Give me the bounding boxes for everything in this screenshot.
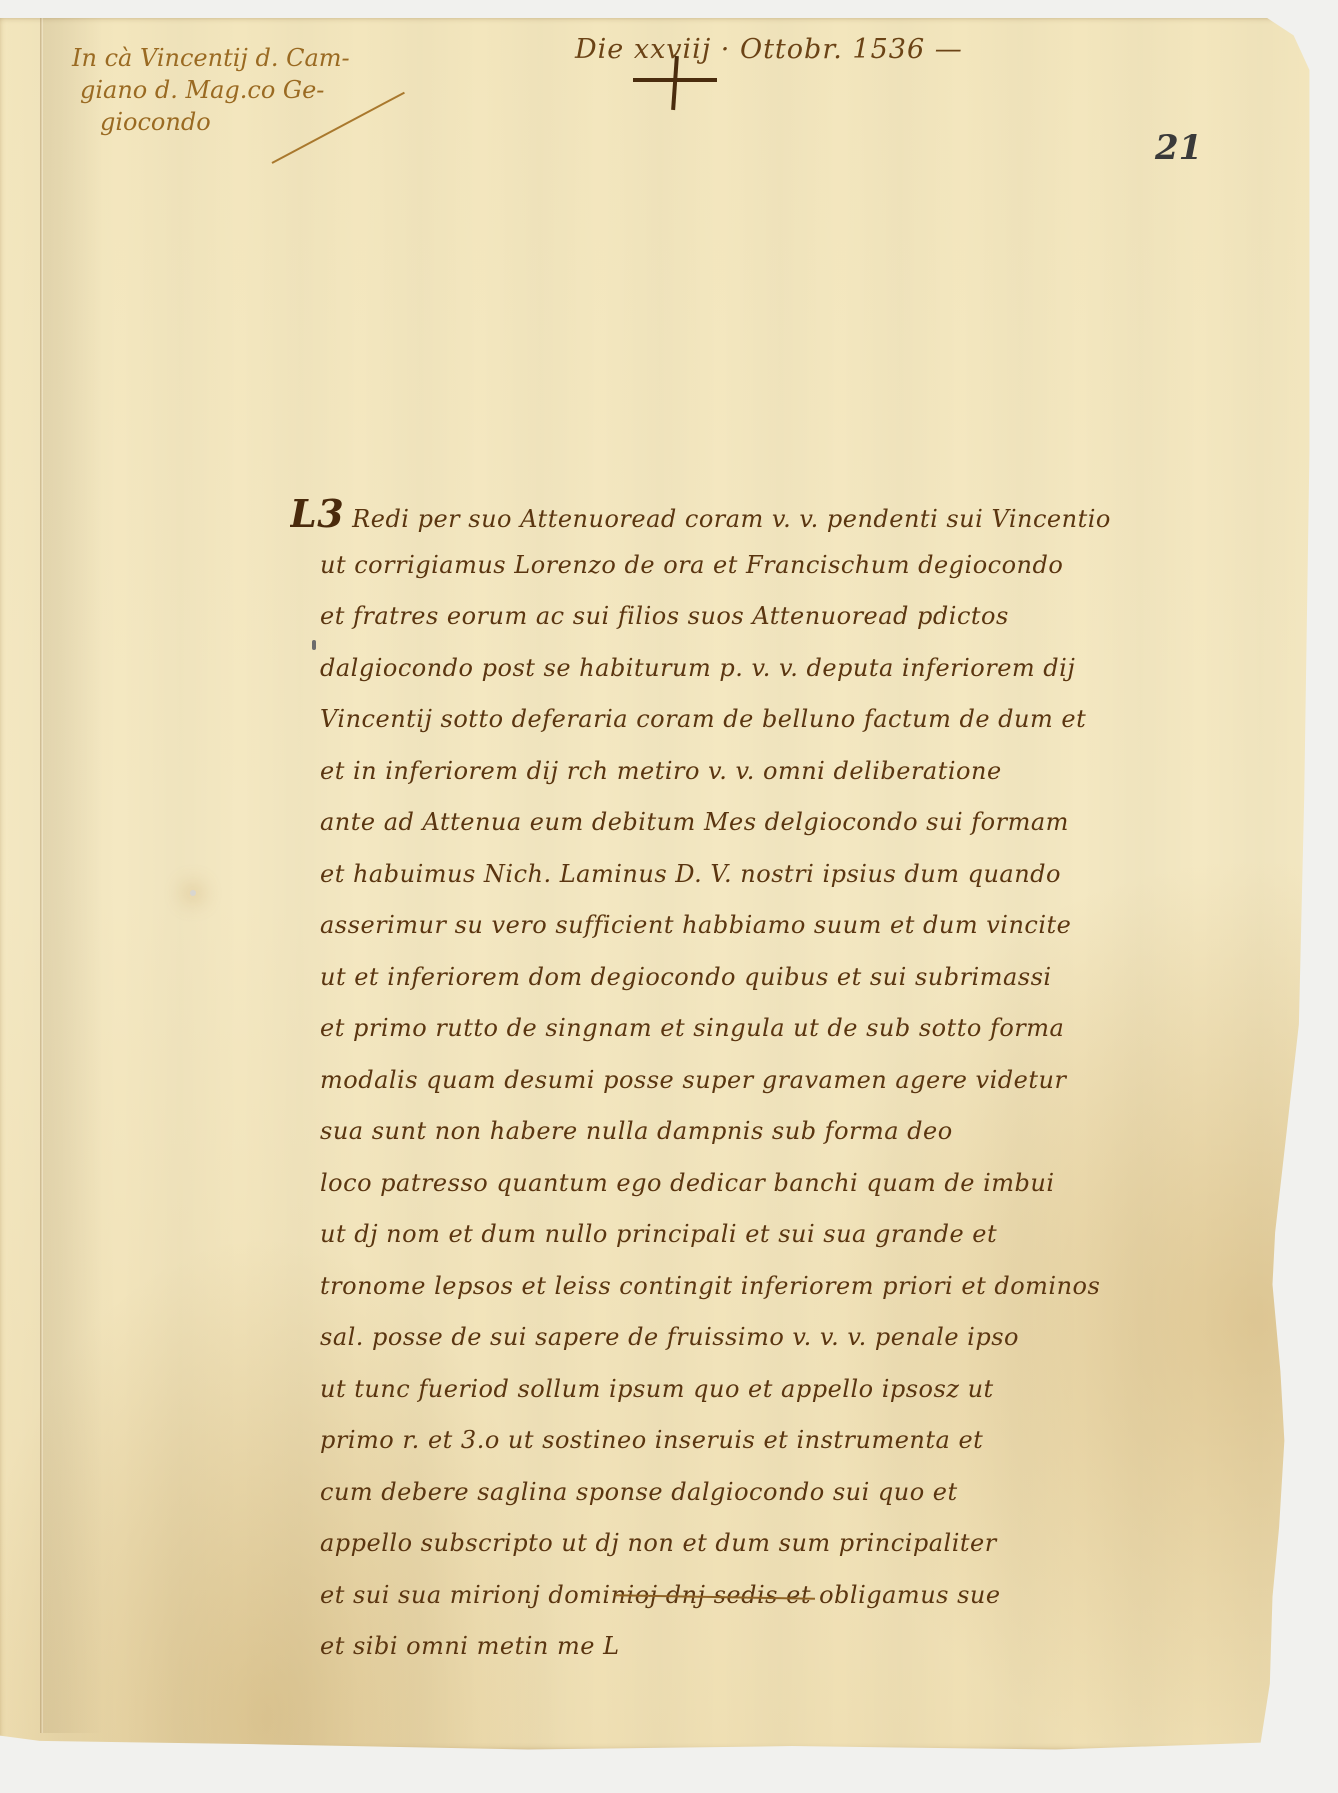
body-line: et habuimus Nich. Laminus D. V. nostri i… [290,849,1300,901]
body-line: dalgiocondo post se habiturum p. v. v. d… [290,643,1300,695]
body-line: et sibi omni metin me L [290,1621,1300,1673]
marginal-note-line: In cà Vincentij d. Cam- [72,42,352,74]
body-line: modalis quam desumi posse super gravamen… [290,1055,1300,1107]
body-line: et fratres eorum ac sui filios suos Atte… [290,591,1300,643]
letter-body: L3Redi per suo Attenuoread coram v. v. p… [290,488,1300,1673]
pinhole-mark [190,890,196,896]
body-line: ante ad Attenua eum debitum Mes delgioco… [290,797,1300,849]
body-line: sal. posse de sui sapere de fruissimo v.… [290,1312,1300,1364]
body-line: et sui sua mirionj dominioj dnj sedis et… [290,1570,1300,1622]
body-line: et primo rutto de singnam et singula ut … [290,1003,1300,1055]
body-line: ut dj nom et dum nullo principali et sui… [290,1209,1300,1261]
initial-letter: L3 [290,491,344,536]
body-line: L3Redi per suo Attenuoread coram v. v. p… [290,488,1300,540]
body-line: tronome lepsos et leiss contingit inferi… [290,1261,1300,1313]
document-date: Die xxviij · Ottobr. 1536 — [575,34,963,65]
marginal-note: In cà Vincentij d. Cam- giano d. Mag.co … [72,42,352,138]
fold-shadow [43,18,103,1733]
body-line: primo r. et 3.o ut sostineo inseruis et … [290,1415,1300,1467]
body-line: ut corrigiamus Lorenzo de ora et Francis… [290,540,1300,592]
body-line: Vincentij sotto deferaria coram de bellu… [290,694,1300,746]
body-line: sua sunt non habere nulla dampnis sub fo… [290,1106,1300,1158]
body-line: ut tunc fueriod sollum ipsum quo et appe… [290,1364,1300,1416]
cross-mark-icon [633,70,717,110]
body-line: loco patresso quantum ego dedicar banchi… [290,1158,1300,1210]
folio-number: 21 [1155,128,1202,168]
body-line: asserimur su vero sufficient habbiamo su… [290,900,1300,952]
body-line: appello subscripto ut dj non et dum sum … [290,1518,1300,1570]
body-line: cum debere saglina sponse dalgiocondo su… [290,1467,1300,1519]
body-line: et in inferiorem dij rch metiro v. v. om… [290,746,1300,798]
marginal-note-line: giano d. Mag.co Ge- [72,74,352,106]
body-line: ut et inferiorem dom degiocondo quibus e… [290,952,1300,1004]
marginal-note-line: giocondo [72,106,352,138]
